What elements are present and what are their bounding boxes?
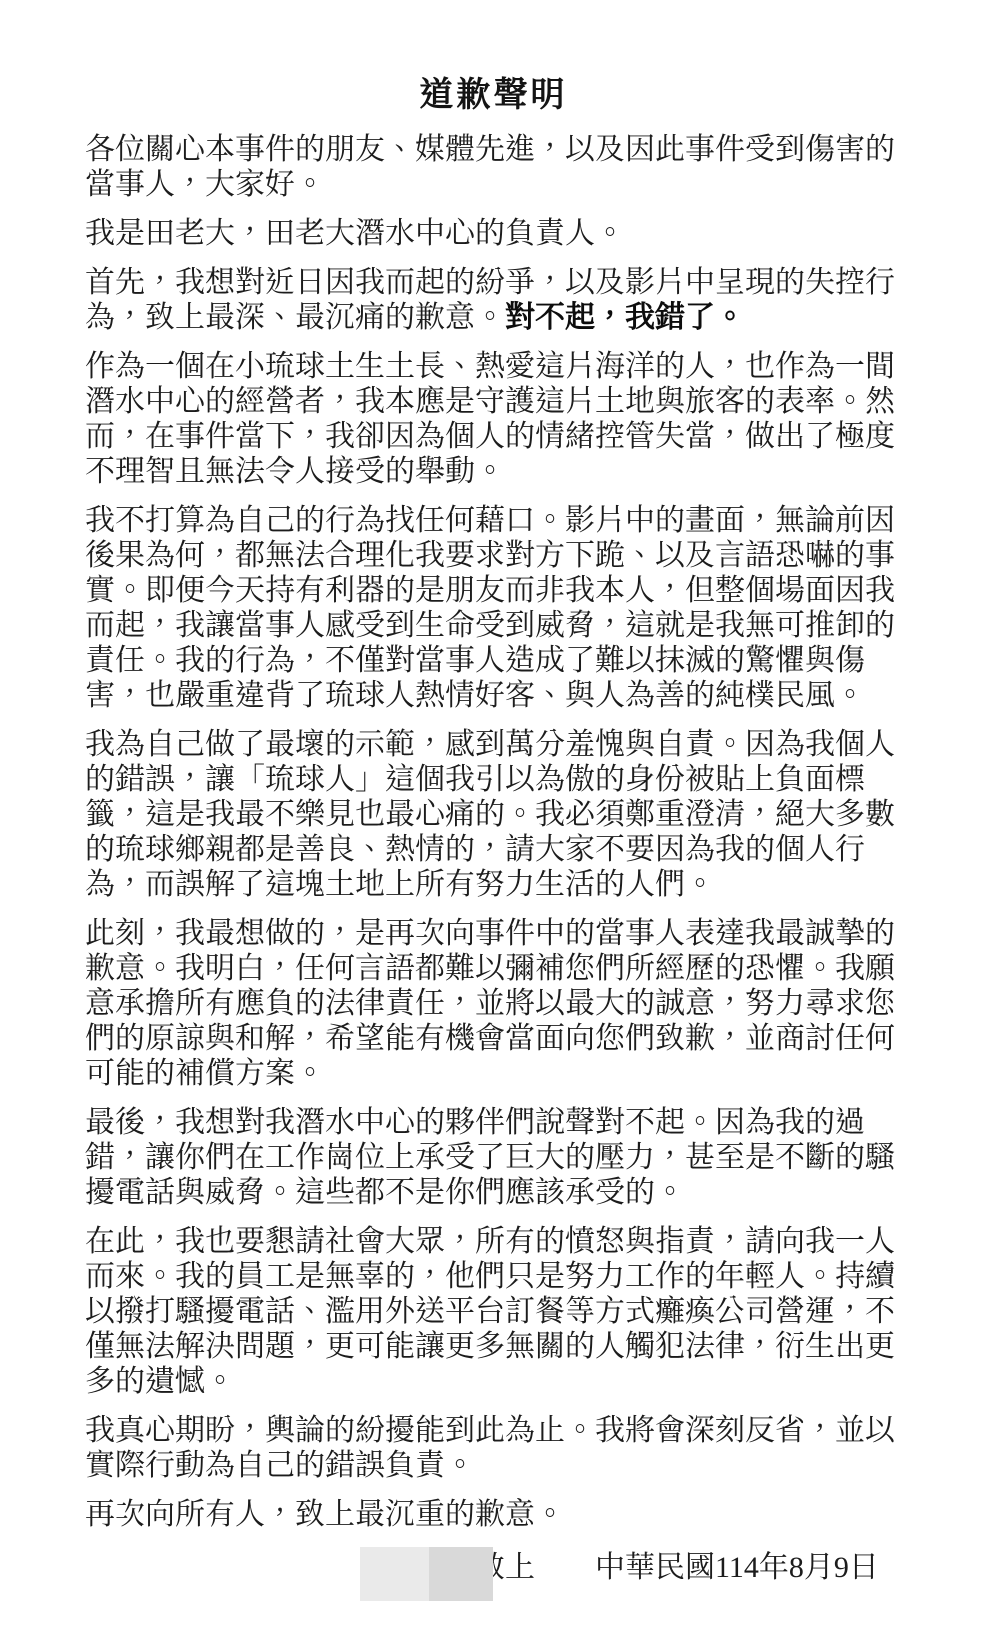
paragraph: 我不打算為自己的行為找任何藉口。影片中的畫面，無論前因後果為何，都無法合理化我要… <box>85 503 902 713</box>
paragraph: 再次向所有人，致上最沉重的歉意。 <box>85 1497 902 1532</box>
bold-apology-phrase: 對不起，我錯了。 <box>505 301 745 334</box>
paragraph: 首先，我想對近日因我而起的紛爭，以及影片中呈現的失控行為，致上最深、最沉痛的歉意… <box>85 265 902 335</box>
paragraph: 此刻，我最想做的，是再次向事件中的當事人表達我最誠摯的歉意。我明白，任何言語都難… <box>85 916 902 1091</box>
paragraph: 在此，我也要懇請社會大眾，所有的憤怒與指責，請向我一人而來。我的員工是無辜的，他… <box>85 1224 902 1399</box>
signature-row: 敬上 中華民國114年8月9日 <box>85 1546 902 1616</box>
page-title: 道歉聲明 <box>85 74 902 116</box>
paragraph: 我為自己做了最壞的示範，感到萬分羞愧與自責。因為我個人的錯誤，讓「琉球人」這個我… <box>85 727 902 902</box>
signature-date: 中華民國114年8月9日 <box>595 1550 879 1585</box>
apology-statement-document: 道歉聲明 各位關心本事件的朋友、媒體先進，以及因此事件受到傷害的當事人，大家好。… <box>0 0 992 1616</box>
paragraph-text: 首先，我想對近日因我而起的紛爭，以及影片中呈現的失控行為，致上最深、最沉痛的歉意… <box>85 266 895 334</box>
paragraph: 各位關心本事件的朋友、媒體先進，以及因此事件受到傷害的當事人，大家好。 <box>85 132 902 202</box>
paragraph: 作為一個在小琉球土生土長、熱愛這片海洋的人，也作為一間潛水中心的經營者，我本應是… <box>85 349 902 489</box>
redacted-name-box <box>360 1547 493 1601</box>
paragraph: 最後，我想對我潛水中心的夥伴們說聲對不起。因為我的過錯，讓你們在工作崗位上承受了… <box>85 1105 902 1210</box>
paragraph: 我真心期盼，輿論的紛擾能到此為止。我將會深刻反省，並以實際行動為自己的錯誤負責。 <box>85 1413 902 1483</box>
paragraph: 我是田老大，田老大潛水中心的負責人。 <box>85 216 902 251</box>
